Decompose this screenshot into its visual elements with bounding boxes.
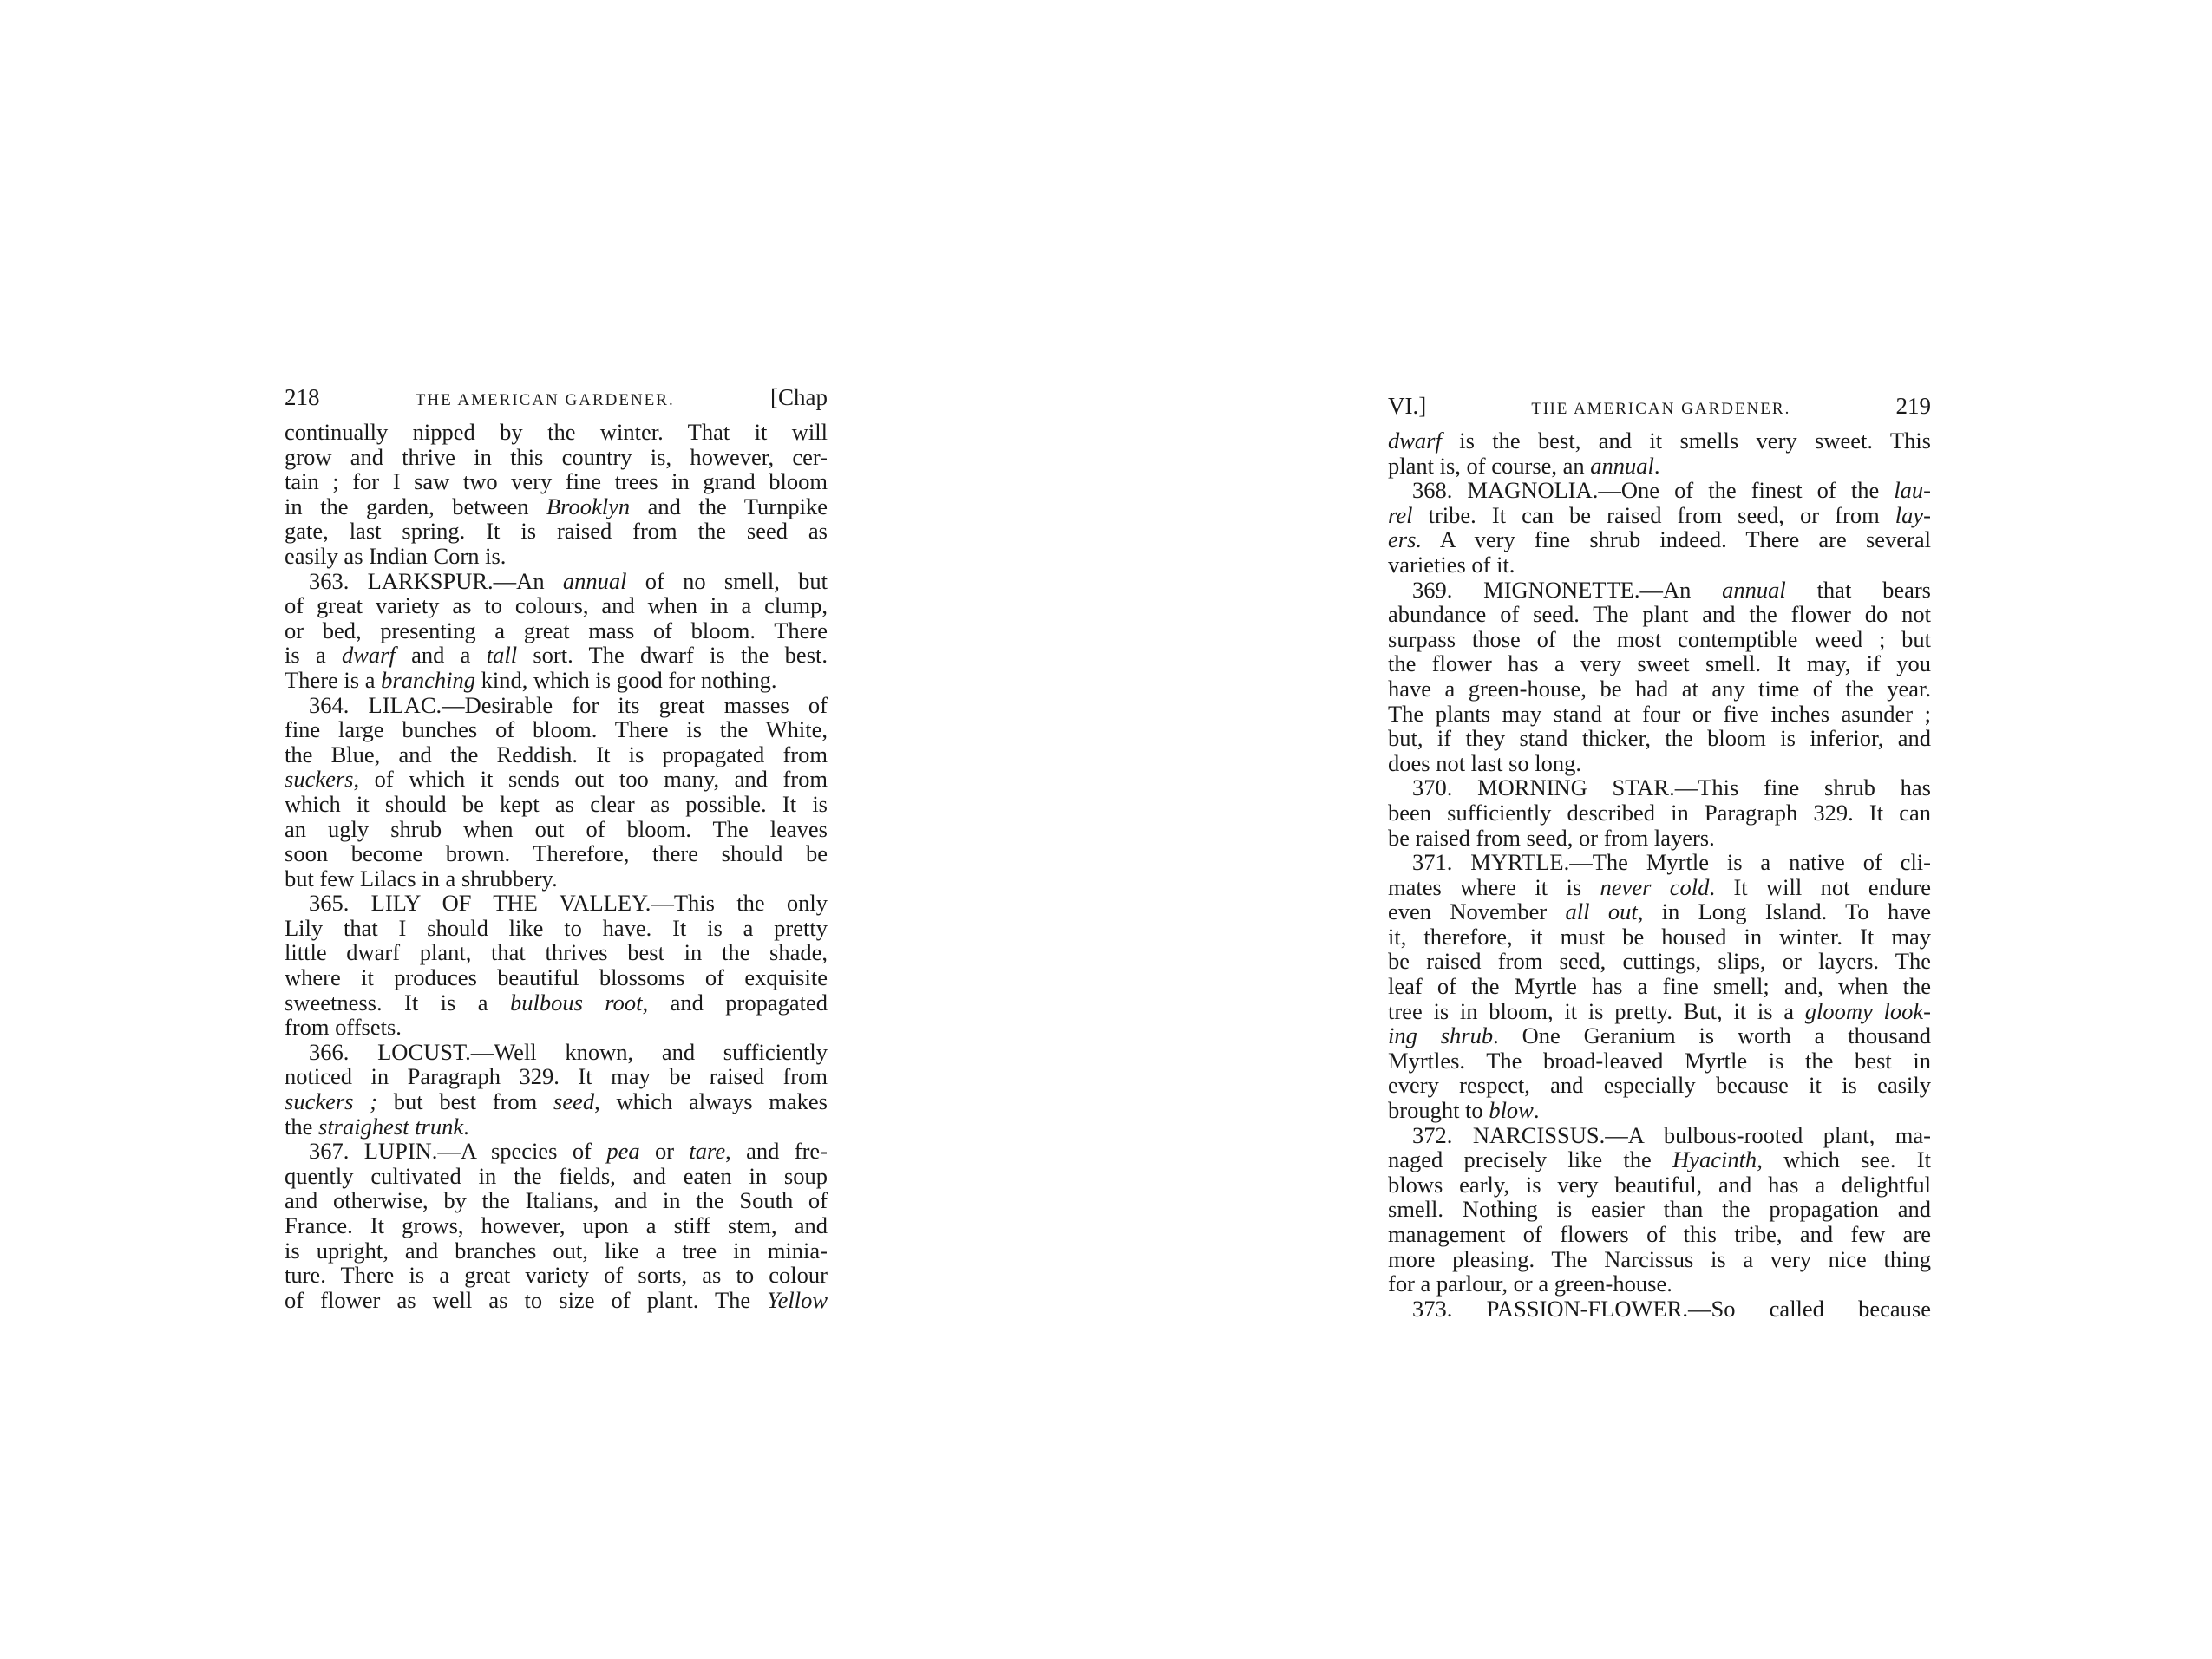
text-line: 364. LILAC.—Desirable for its great mass…	[285, 693, 828, 718]
text-line: ture. There is a great variety of sorts,…	[285, 1263, 828, 1288]
text-line: quently cultivated in the fields, and ea…	[285, 1164, 828, 1189]
text-line: even November all out, in Long Island. T…	[1388, 899, 1931, 924]
text-line: which it should be kept as clear as poss…	[285, 792, 828, 817]
text-line: where it produces beautiful blossoms of …	[285, 965, 828, 990]
text-line: There is a branching kind, which is good…	[285, 668, 828, 693]
text-line: does not last so long.	[1388, 751, 1931, 776]
text-line: surpass those of the most contemptible w…	[1388, 627, 1931, 652]
text-line: 363. LARKSPUR.—An annual of no smell, bu…	[285, 569, 828, 594]
text-line: easily as Indian Corn is.	[285, 544, 828, 569]
text-line: the straighest trunk.	[285, 1114, 828, 1140]
running-title: THE AMERICAN GARDENER.	[1531, 392, 1790, 427]
text-line: fine large bunches of bloom. There is th…	[285, 717, 828, 742]
right-page-219: VI.] THE AMERICAN GARDENER. 219 dwarf is…	[1388, 389, 1931, 1321]
text-line: soon become brown. Therefore, there shou…	[285, 841, 828, 866]
text-line: naged precisely like the Hyacinth, which…	[1388, 1147, 1931, 1172]
text-line: have a green-house, be had at any time o…	[1388, 676, 1931, 702]
text-line: ing shrub. One Geranium is worth a thous…	[1388, 1023, 1931, 1048]
running-title: THE AMERICAN GARDENER.	[416, 383, 675, 418]
text-line: grow and thrive in this country is, howe…	[285, 445, 828, 470]
text-line: smell. Nothing is easier than the propag…	[1388, 1197, 1931, 1222]
text-line: suckers, of which it sends out too many,…	[285, 767, 828, 792]
text-line: of great variety as to colours, and when…	[285, 593, 828, 618]
text-line: every respect, and especially because it…	[1388, 1073, 1931, 1098]
text-line: is a dwarf and a tall sort. The dwarf is…	[285, 643, 828, 668]
text-line: Lily that I should like to have. It is a…	[285, 916, 828, 941]
text-line: and otherwise, by the Italians, and in t…	[285, 1188, 828, 1213]
text-line: is upright, and branches out, like a tre…	[285, 1238, 828, 1264]
text-line: varieties of it.	[1388, 552, 1931, 578]
text-line: 367. LUPIN.—A species of pea or tare, an…	[285, 1139, 828, 1164]
text-line: gate, last spring. It is raised from the…	[285, 519, 828, 544]
text-line: tree is in bloom, it is pretty. But, it …	[1388, 999, 1931, 1024]
text-line: blows early, is very beautiful, and has …	[1388, 1172, 1931, 1198]
running-head-left: 218 THE AMERICAN GARDENER. [Chap	[285, 380, 828, 415]
text-line: be raised from seed, cuttings, slips, or…	[1388, 949, 1931, 974]
chapter-mark: VI.]	[1388, 389, 1426, 423]
text-line: 369. MIGNONETTE.—An annual that bears	[1388, 578, 1931, 603]
text-line: but few Lilacs in a shrubbery.	[285, 866, 828, 892]
text-line: or bed, presenting a great mass of bloom…	[285, 618, 828, 643]
text-line: abundance of seed. The plant and the flo…	[1388, 602, 1931, 627]
text-line: The plants may stand at four or five inc…	[1388, 702, 1931, 727]
text-line: plant is, of course, an annual.	[1388, 454, 1931, 479]
text-line: 370. MORNING STAR.—This fine shrub has	[1388, 775, 1931, 800]
text-line: be raised from seed, or from layers.	[1388, 826, 1931, 851]
text-line: 365. LILY OF THE VALLEY.—This the only	[285, 891, 828, 916]
text-line: ers. A very fine shrub indeed. There are…	[1388, 527, 1931, 552]
text-line: little dwarf plant, that thrives best in…	[285, 940, 828, 965]
text-line: dwarf is the best, and it smells very sw…	[1388, 428, 1931, 454]
page-number: 218	[285, 380, 320, 415]
text-line: it, therefore, it must be housed in wint…	[1388, 924, 1931, 950]
text-line: 366. LOCUST.—Well known, and sufficientl…	[285, 1040, 828, 1065]
page-body: dwarf is the best, and it smells very sw…	[1388, 428, 1931, 1321]
text-line: an ugly shrub when out of bloom. The lea…	[285, 817, 828, 842]
text-line: for a parlour, or a green-house.	[1388, 1271, 1931, 1297]
text-line: of flower as well as to size of plant. T…	[285, 1288, 828, 1313]
text-line: tain ; for I saw two very fine trees in …	[285, 469, 828, 494]
text-line: more pleasing. The Narcissus is a very n…	[1388, 1247, 1931, 1272]
text-line: brought to blow.	[1388, 1098, 1931, 1123]
text-line: noticed in Paragraph 329. It may be rais…	[285, 1064, 828, 1089]
text-line: rel tribe. It can be raised from seed, o…	[1388, 503, 1931, 528]
text-line: the Blue, and the Reddish. It is propaga…	[285, 742, 828, 767]
page-body: continually nipped by the winter. That i…	[285, 420, 828, 1312]
text-line: from offsets.	[285, 1015, 828, 1040]
text-line: suckers ; but best from seed, which alwa…	[285, 1089, 828, 1114]
left-page-218: 218 THE AMERICAN GARDENER. [Chap continu…	[285, 380, 828, 1312]
text-line: 368. MAGNOLIA.—One of the finest of the …	[1388, 478, 1931, 503]
text-line: in the garden, between Brooklyn and the …	[285, 494, 828, 519]
text-line: management of flowers of this tribe, and…	[1388, 1222, 1931, 1247]
text-line: the flower has a very sweet smell. It ma…	[1388, 651, 1931, 676]
text-line: leaf of the Myrtle has a fine smell; and…	[1388, 974, 1931, 999]
text-line: mates where it is never cold. It will no…	[1388, 875, 1931, 900]
text-line: continually nipped by the winter. That i…	[285, 420, 828, 445]
text-line: 371. MYRTLE.—The Myrtle is a native of c…	[1388, 850, 1931, 875]
text-line: sweetness. It is a bulbous root, and pro…	[285, 990, 828, 1016]
text-line: France. It grows, however, upon a stiff …	[285, 1213, 828, 1238]
text-line: 373. PASSION-FLOWER.—So called because	[1388, 1297, 1931, 1322]
page-number: 219	[1896, 389, 1932, 423]
text-line: Myrtles. The broad-leaved Myrtle is the …	[1388, 1048, 1931, 1074]
running-head-right: VI.] THE AMERICAN GARDENER. 219	[1388, 389, 1931, 423]
text-line: been sufficiently described in Paragraph…	[1388, 800, 1931, 826]
text-line: 372. NARCISSUS.—A bulbous-rooted plant, …	[1388, 1123, 1931, 1148]
text-line: but, if they stand thicker, the bloom is…	[1388, 726, 1931, 751]
chapter-mark: [Chap	[770, 380, 828, 415]
